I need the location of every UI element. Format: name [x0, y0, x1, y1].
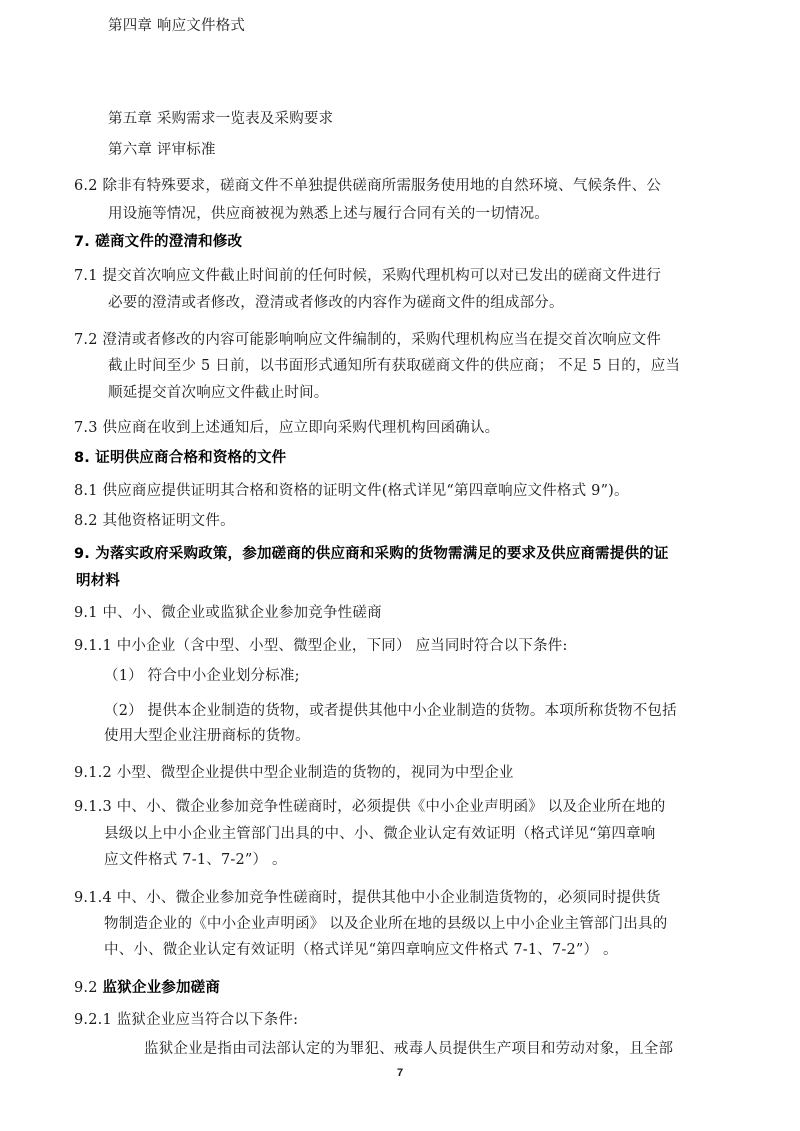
chapter-item: 第五章 采购需求一览表及采购要求	[108, 109, 333, 129]
paragraph-9-1-3-line2: 县级以上中小企业主管部门出具的中、小、微企业认定有效证明（格式详见“第四章响	[104, 824, 656, 844]
paragraph-7-1-line1: 7.1 提交首次响应文件截止时间前的任何时候，采购代理机构可以对已发出的磋商文件…	[74, 266, 661, 286]
paragraph-7-1-line2: 必要的澄清或者修改，澄清或者修改的内容作为磋商文件的组成部分。	[108, 293, 564, 313]
section-heading-9-line1: 9. 为落实政府采购政策，参加磋商的供应商和采购的货物需满足的要求及供应商需提供…	[74, 544, 669, 564]
condition-item-1: （1） 符合中小企业划分标准;	[104, 666, 300, 686]
paragraph-9-2-1: 9.2.1 监狱企业应当符合以下条件:	[74, 1010, 298, 1030]
paragraph-9-1-2: 9.1.2 小型、微型企业提供中型企业制造的货物的，视同为中型企业	[74, 763, 514, 783]
section-heading-9-line2: 明材料	[76, 571, 120, 591]
condition-item-2-cont: 使用大型企业注册商标的货物。	[104, 726, 310, 746]
section-heading-8: 8. 证明供应商合格和资格的文件	[74, 448, 286, 468]
paragraph-7-2-line3: 顺延提交首次响应文件截止时间。	[108, 383, 329, 403]
paragraph-7-2-line2: 截止时间至少 5 日前，以书面形式通知所有获取磋商文件的供应商； 不足 5 日的…	[108, 356, 680, 376]
paragraph-6-2-line1: 6.2 除非有特殊要求，磋商文件不单独提供磋商所需服务使用地的自然环境、气候条件…	[74, 176, 661, 196]
paragraph-9-1-4-line2: 物制造企业的《中小企业声明函》 以及企业所在地的县级以上中小企业主管部门出具的	[104, 914, 667, 934]
paragraph-7-3: 7.3 供应商在收到上述通知后，应立即向采购代理机构回函确认。	[74, 418, 499, 438]
section-heading-7: 7. 磋商文件的澄清和修改	[74, 232, 242, 252]
paragraph-9-1-3-line1: 9.1.3 中、小、微企业参加竞争性磋商时，必须提供《中小企业声明函》 以及企业…	[74, 797, 665, 817]
paragraph-9-1-4-line3: 中、小、微企业认定有效证明（格式详见“第四章响应文件格式 7-1、7-2”） 。	[104, 940, 618, 960]
paragraph-9-1-3-line3: 应文件格式 7-1、7-2”） 。	[104, 850, 287, 870]
section-title: 监狱企业参加磋商	[102, 980, 220, 996]
paragraph-9-1-1: 9.1.1 中小企业（含中型、小型、微型企业，下同） 应当同时符合以下条件:	[74, 636, 568, 656]
page-number: 7	[0, 1067, 800, 1079]
chapter-item: 第六章 评审标准	[108, 140, 216, 160]
chapter-item: 第四章 响应文件格式	[108, 16, 245, 36]
paragraph-9-1: 9.1 中、小、微企业或监狱企业参加竞争性磋商	[74, 603, 382, 623]
section-heading-9-2: 9.2 监狱企业参加磋商	[74, 978, 220, 998]
condition-item-2: （2） 提供本企业制造的货物，或者提供其他中小企业制造的货物。本项所称货物不包括	[104, 701, 677, 721]
paragraph-8-2: 8.2 其他资格证明文件。	[74, 511, 235, 531]
paragraph-8-1: 8.1 供应商应提供证明其合格和资格的证明文件(格式详见“第四章响应文件格式 9…	[74, 481, 629, 501]
paragraph-7-2-line1: 7.2 澄清或者修改的内容可能影响响应文件编制的，采购代理机构应当在提交首次响应…	[74, 330, 661, 350]
paragraph-9-1-4-line1: 9.1.4 中、小、微企业参加竞争性磋商时，提供其他中小企业制造货物的，必须同时…	[74, 888, 661, 908]
paragraph-9-2-1-body: 监狱企业是指由司法部认定的为罪犯、戒毒人员提供生产项目和劳动对象，且全部	[144, 1039, 673, 1059]
paragraph-6-2-line2: 用设施等情况，供应商被视为熟悉上述与履行合同有关的一切情况。	[108, 204, 549, 224]
section-number: 9.2	[74, 980, 102, 996]
